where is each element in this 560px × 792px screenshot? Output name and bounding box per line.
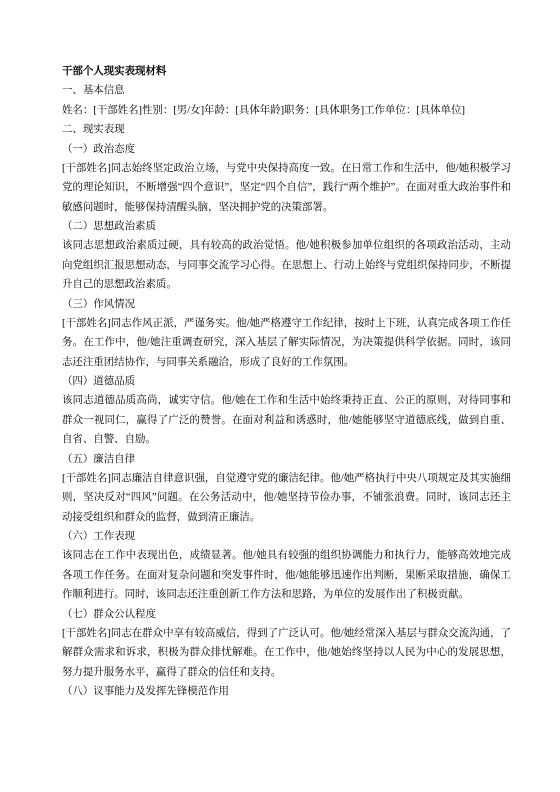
subsection-heading-public-recognition: （七）群众公认程度 <box>62 605 511 624</box>
subsection-heading-work-style: （三）作风情况 <box>62 295 511 314</box>
subsection-heading-political-attitude: （一）政治态度 <box>62 140 511 159</box>
subsection-body-work-performance: 该同志在工作中表现出色，成绩显著。他/她具有较强的组织协调能力和执行力，能够高效… <box>62 546 511 604</box>
document-title: 干部个人现实表现材料 <box>62 62 511 81</box>
section-heading-performance: 二、现实表现 <box>62 120 511 139</box>
subsection-body-public-recognition: [干部姓名]同志在群众中享有较高威信，得到了广泛认可。他/她经常深入基层与群众交… <box>62 624 511 682</box>
section-heading-basic-info: 一、基本信息 <box>62 81 511 100</box>
subsection-body-ideological-quality: 该同志思想政治素质过硬，具有较高的政治觉悟。他/她积极参加单位组织的各项政治活动… <box>62 236 511 294</box>
subsection-heading-ideological-quality: （二）思想政治素质 <box>62 217 511 236</box>
subsection-body-political-attitude: [干部姓名]同志始终坚定政治立场，与党中央保持高度一致。在日常工作和生活中，他/… <box>62 159 511 217</box>
subsection-heading-work-performance: （六）工作表现 <box>62 527 511 546</box>
subsection-heading-deliberation-vanguard-role: （八）议事能力及发挥先锋模范作用 <box>62 682 511 701</box>
basic-info-fields-line: 姓名：[干部姓名]性别：[男/女]年龄：[具体年龄]职务：[具体职务]工作单位：… <box>62 101 511 120</box>
subsection-heading-moral-character: （四）道德品质 <box>62 372 511 391</box>
subsection-body-integrity-self-discipline: [干部姓名]同志廉洁自律意识强，自觉遵守党的廉洁纪律。他/她严格执行中央八项规定… <box>62 469 511 527</box>
subsection-heading-integrity-self-discipline: （五）廉洁自律 <box>62 450 511 469</box>
subsection-body-moral-character: 该同志道德品质高尚，诚实守信。他/她在工作和生活中始终秉持正直、公正的原则，对待… <box>62 391 511 449</box>
document-page: 干部个人现实表现材料 一、基本信息 姓名：[干部姓名]性别：[男/女]年龄：[具… <box>0 0 560 792</box>
subsection-body-work-style: [干部姓名]同志作风正派，严谨务实。他/她严格遵守工作纪律，按时上下班，认真完成… <box>62 314 511 372</box>
